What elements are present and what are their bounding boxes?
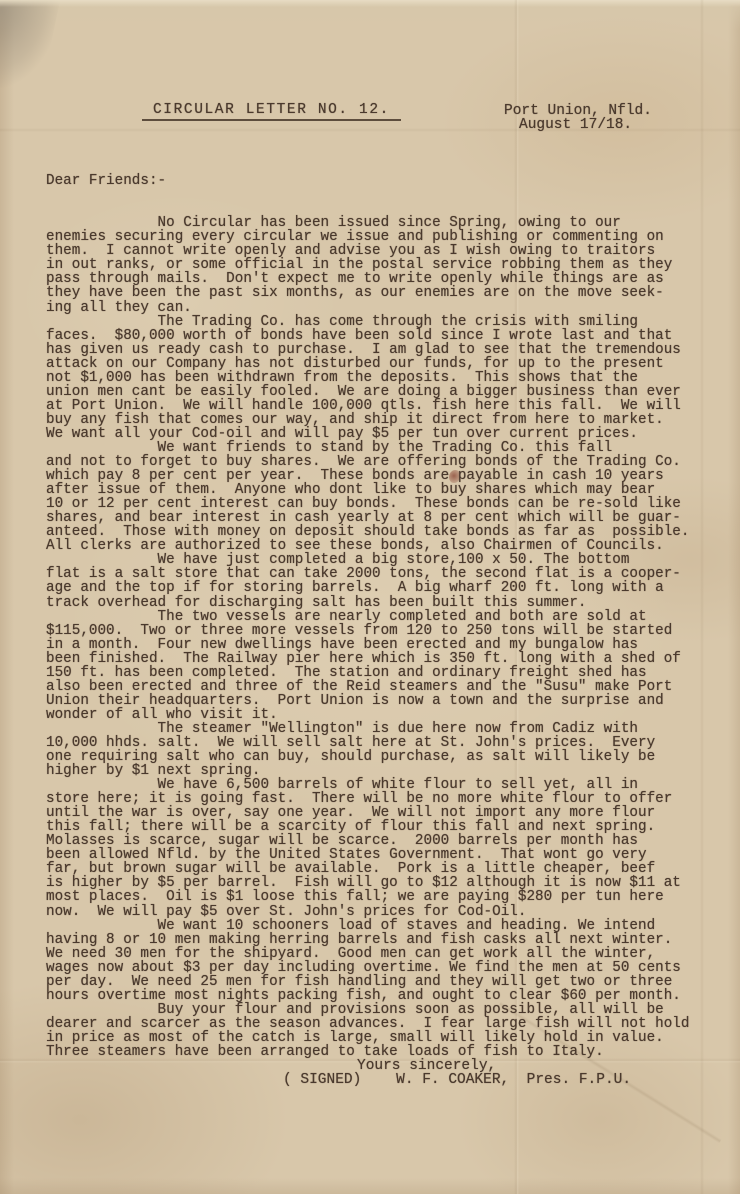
letter-line: We want all your Cod-oil and will pay $5… [46, 427, 726, 441]
letter-line: attack on our Company has not disturbed … [46, 357, 726, 371]
letter-line: wonder of all who visit it. [46, 708, 726, 722]
letter-line: We want friends to stand by the Trading … [46, 441, 726, 455]
letter-line: and not to forget to buy shares. We are … [46, 455, 726, 469]
letter-line: The steamer "Wellington" is due here now… [46, 722, 726, 736]
letter-line: The Trading Co. has come through the cri… [46, 315, 726, 329]
letter-line: at Port Union. We will handle 100,000 qt… [46, 399, 726, 413]
letter-line: buy any fish that comes our way, and shi… [46, 413, 726, 427]
letter-line: We need 30 men for the shipyard. Good me… [46, 947, 726, 961]
body-lines: No Circular has been issued since Spring… [46, 216, 726, 1059]
torn-top-edge-decoration [0, 0, 740, 7]
letter-line: Buy your flour and provisions soon as po… [46, 1003, 726, 1017]
letter-line: per day. We need 25 men for fish handlin… [46, 975, 726, 989]
letter-line: having 8 or 10 men making herring barrel… [46, 933, 726, 947]
letter-line: been finished. The Railway pier here whi… [46, 652, 726, 666]
letter-line: dearer and scarcer as the season advance… [46, 1017, 726, 1031]
letter-line: Union their headquarters. Port Union is … [46, 694, 726, 708]
letter-line: higher by $1 next spring. [46, 764, 726, 778]
letter-line: they have been the past six months, as o… [46, 286, 726, 300]
letter-line: in a month. Four new dwellings have been… [46, 638, 726, 652]
letter-title: CIRCULAR LETTER NO. 12. [142, 102, 401, 121]
letter-line: also been erected and three of the Reid … [46, 680, 726, 694]
letter-line: not $1,000 has been withdrawn from the d… [46, 371, 726, 385]
letter-line: age and the top if for storing barrels. … [46, 581, 726, 595]
letter-line: now. We will pay $5 over St. John's pric… [46, 905, 726, 919]
salutation: Dear Friends:- [46, 174, 726, 188]
letter-line: $115,000. Two or three more vessels from… [46, 624, 726, 638]
letter-body: Dear Friends:- No Circular has been issu… [46, 146, 726, 1087]
letter-line: has given us ready cash to purchase. I a… [46, 343, 726, 357]
letter-page: CIRCULAR LETTER NO. 12. Port Union, Nfld… [0, 0, 740, 1194]
letter-line: Three steamers have been arranged to tak… [46, 1045, 726, 1059]
letter-line: The two vessels are nearly completed and… [46, 610, 726, 624]
letter-line: union men cant be easily fooled. We are … [46, 385, 726, 399]
letter-line: 10,000 hhds. salt. We will sell salt her… [46, 736, 726, 750]
letter-line: We want 10 schooners load of staves and … [46, 919, 726, 933]
letter-line: 150 ft. has been completed. The station … [46, 666, 726, 680]
worn-corner-decoration [0, 0, 63, 96]
dateline-date: August 17/18. [519, 117, 632, 133]
letter-line: hours overtime most nights packing fish,… [46, 989, 726, 1003]
letter-line: most places. Oil is $1 loose this fall; … [46, 890, 726, 904]
letter-line: wages now about $3 per day including ove… [46, 961, 726, 975]
letter-line: in price as most of the catch is large, … [46, 1031, 726, 1045]
letter-line: track overhead for discharging salt has … [46, 596, 726, 610]
letter-line: ing all they can. [46, 301, 726, 315]
letter-line: faces. $80,000 worth of bonds have been … [46, 329, 726, 343]
signature-line: ( SIGNED) W. F. COAKER, Pres. F.P.U. [283, 1072, 631, 1088]
letter-line: one requiring salt who can buy, should p… [46, 750, 726, 764]
